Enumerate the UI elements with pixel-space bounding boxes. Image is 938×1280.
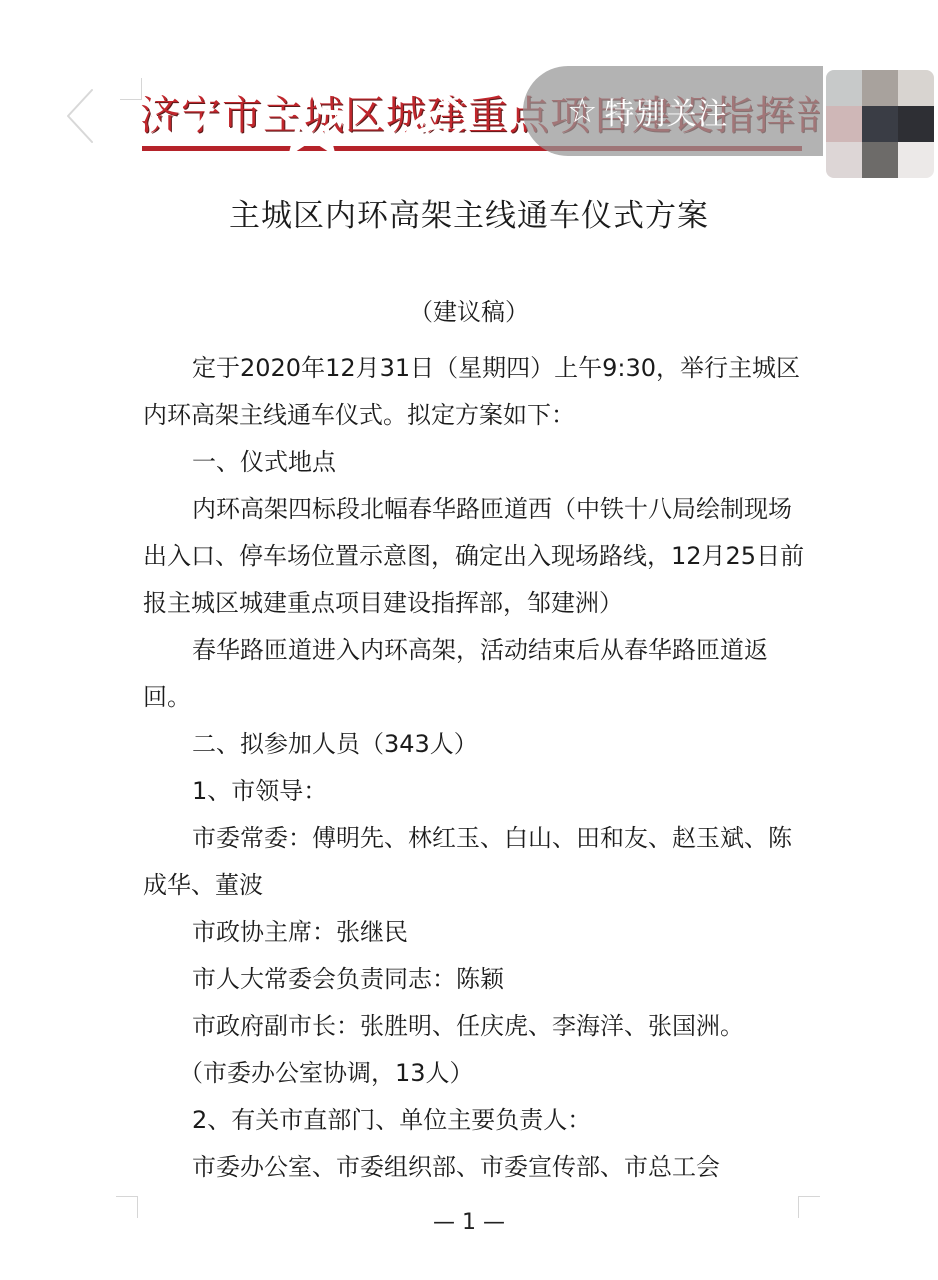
page-number: — 1 — [0,1210,938,1235]
departments-list: 市委办公室、市委组织部、市委宣传部、市总工会 [143,1144,815,1191]
document-title: 主城区内环高架主线通车仪式方案 [0,192,938,240]
vice-mayors-line: 市政府副市长：张胜明、任庆虎、李海洋、张国洲。 [143,1003,815,1050]
subsection-city-leaders: 1、市领导： [143,768,815,815]
heart-icon[interactable] [148,86,212,148]
avatar[interactable] [826,70,934,178]
document-subtitle: （建议稿） [0,292,938,332]
intro-paragraph: 定于2020年12月31日（星期四）上午9:30，举行主城区内环高架主线通车仪式… [143,345,815,439]
page-corner-mark-top-left [120,78,142,100]
special-follow-label: 特别关注 [604,89,728,133]
subsection-departments: 2、有关市直部门、单位主要负责人： [143,1097,815,1144]
npc-line: 市人大常委会负责同志：陈颖 [143,956,815,1003]
share-icon[interactable] [398,88,478,150]
special-follow-button[interactable]: ☆ 特别关注 [523,66,823,156]
route-paragraph: 春华路匝道进入内环高架，活动结束后从春华路匝道返回。 [143,627,815,721]
back-icon[interactable] [60,84,100,148]
star-outline-icon: ☆ [567,94,598,128]
document-body: 定于2020年12月31日（星期四）上午9:30，举行主城区内环高架主线通车仪式… [143,345,815,1191]
section-heading-attendees: 二、拟参加人员（343人） [143,721,815,768]
coordination-note: （市委办公室协调，13人） [143,1050,815,1097]
venue-paragraph: 内环高架四标段北幅春华路匝道西（中铁十八局绘制现场出入口、停车场位置示意图，确定… [143,486,815,627]
cppcc-chair-line: 市政协主席：张继民 [143,909,815,956]
section-heading-venue: 一、仪式地点 [143,439,815,486]
standing-committee-list: 市委常委：傅明先、林红玉、白山、田和友、赵玉斌、陈成华、董波 [143,815,815,909]
star-icon[interactable] [276,86,348,156]
